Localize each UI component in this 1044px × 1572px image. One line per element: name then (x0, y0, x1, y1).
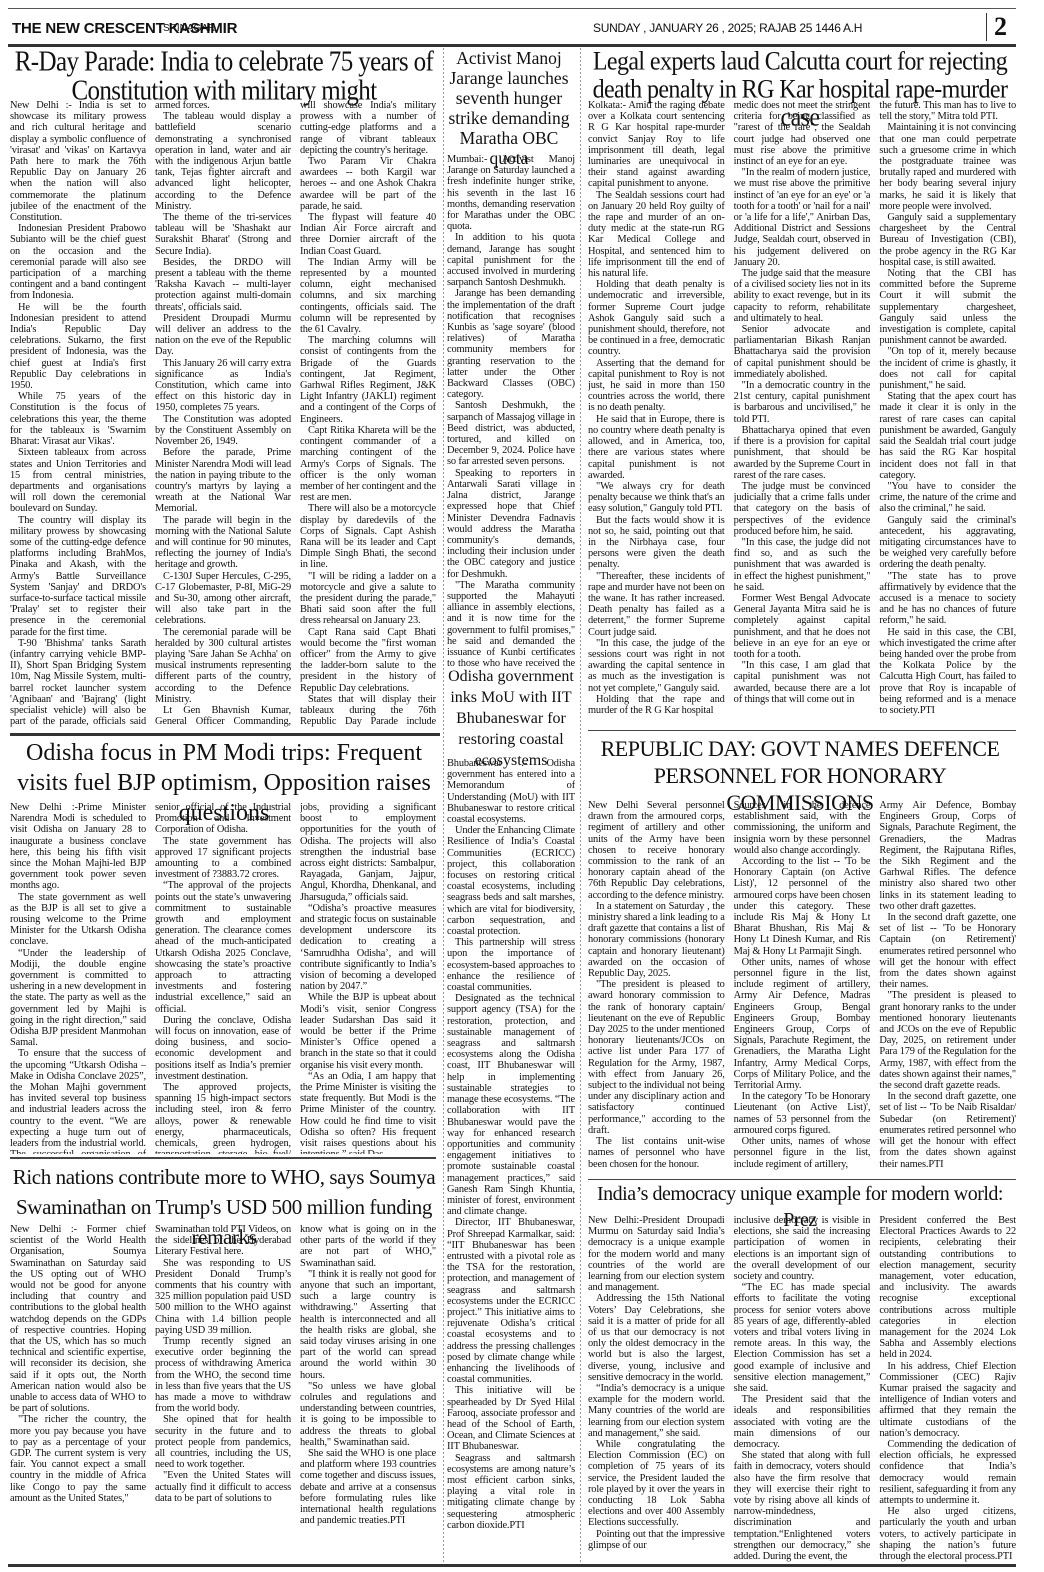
article-paragraph: To ensure that the success of the upcomi… (10, 1048, 146, 1154)
article-paragraph: New Delhi :-Prime Minister Narendra Modi… (10, 802, 146, 892)
article-paragraph: In a statement on Saturday , the ministr… (588, 901, 725, 979)
article-paragraph: “Odisha’s proactive measures and strateg… (300, 903, 436, 993)
section-rule (588, 1179, 1016, 1180)
article-paragraph: Besides, the DRDO will present a tableau… (155, 257, 291, 313)
article-paragraph: "We always cry for death penalty because… (588, 481, 725, 515)
article-paragraph: She opined that for health security in t… (155, 1414, 291, 1470)
article-paragraph: "In this case, the judge of the sessions… (588, 638, 725, 694)
article-paragraph: Kolkata:- Amid the raging debate over a … (588, 100, 725, 190)
article-paragraph: Director, IIT Bhubaneswar, Prof Shreepad… (447, 1217, 575, 1385)
article-paragraph: Asserting that the demand for capital pu… (588, 358, 725, 414)
article-paragraph: medic does not meet the stringent criter… (734, 100, 871, 167)
article-paragraph: There will also be a motorcycle display … (300, 503, 436, 570)
article-column: will showcase India's military prowess w… (300, 100, 436, 728)
article-iit-mou: Bhubaneswar :- Odisha government has ent… (447, 758, 575, 1564)
article-rday-parade: New Delhi :- India is set to showcase it… (10, 100, 436, 728)
article-paragraph: President Droupadi Murmu will deliver an… (155, 313, 291, 358)
article-paragraph: Bhubaneswar :- Odisha government has ent… (447, 758, 575, 825)
article-paragraph: Mumbai:- Activist Manoj Jarange on Satur… (447, 154, 575, 232)
article-column: Mumbai:- Activist Manoj Jarange on Satur… (447, 154, 575, 666)
article-paragraph: But the facts would show it is not so, h… (588, 515, 725, 571)
article-paragraph: Other units, names of whose personnel fi… (734, 957, 871, 1091)
article-paragraph: "In the realm of modern justice, we must… (734, 167, 871, 268)
article-jarange-hunger-strike: Mumbai:- Activist Manoj Jarange on Satur… (447, 154, 575, 666)
article-democracy-example: New Delhi:-President Droupadi Murmu on S… (588, 1215, 1016, 1563)
article-column: New Delhi Several personnel drawn from t… (588, 800, 725, 1176)
article-paragraph: "On top of it, merely because the incide… (879, 346, 1016, 391)
article-paragraph: Ganguly said a supplementary chargesheet… (879, 212, 1016, 268)
article-paragraph: The ceremonial parade will be heralded b… (155, 627, 291, 705)
article-paragraph: C-130J Super Hercules, C-295, C-17 Globe… (155, 571, 291, 627)
article-paragraph: "In this case, I am glad that capital pu… (734, 660, 871, 705)
article-paragraph: Ganguly said the criminal's antecedent, … (879, 515, 1016, 571)
article-paragraph: "So unless we have global colrules and r… (300, 1381, 436, 1448)
article-paragraph: Capt Rana said Capt Bhati would become t… (300, 627, 436, 694)
article-paragraph: Noting that the CBI has committed before… (879, 268, 1016, 346)
article-paragraph: “Under the leadership of Modiji, the dou… (10, 948, 146, 1049)
article-paragraph: Trump recently signed an executive order… (155, 1336, 291, 1414)
article-paragraph: Sources in the defence establishment sai… (734, 800, 871, 856)
masthead: THE NEW CRESCENT KASHMIR SRINAGAR SUNDAY… (8, 8, 1016, 44)
edition-city: SRINAGAR (163, 23, 215, 34)
article-paragraph: He also urged citizens, particularly the… (879, 1506, 1016, 1562)
section-rule (588, 730, 1016, 731)
article-paragraph: Holding that death penalty is undemocrat… (588, 279, 725, 357)
article-paragraph: The tableau would display a battlefield … (155, 111, 291, 212)
article-paragraph: Sixteen tableaux from across states and … (10, 447, 146, 514)
article-who-funding: New Delhi :- Former chief scientist of t… (10, 1224, 436, 1560)
article-paragraph: The theme of the tri-services tableau wi… (155, 212, 291, 257)
article-column: inclusive democracy is visible in electi… (734, 1215, 871, 1563)
article-paragraph: During the conclave, Odisha will focus o… (155, 1015, 291, 1082)
article-column: medic does not meet the stringent criter… (734, 100, 871, 728)
article-paragraph: The Constitution was adopted by the Cons… (155, 414, 291, 448)
article-paragraph: The judge must be convinced judicially t… (734, 481, 871, 537)
article-paragraph: “The EC has made special efforts to faci… (734, 1282, 871, 1394)
article-paragraph: President conferred the Best Electoral P… (879, 1215, 1016, 1361)
article-column: senior official of the Industrial Promot… (155, 802, 291, 1154)
article-paragraph: Swaminathan told PTI Videos, on the side… (155, 1224, 291, 1258)
article-column: Swaminathan told PTI Videos, on the side… (155, 1224, 291, 1560)
article-paragraph: “The approval of the projects points out… (155, 880, 291, 1014)
article-paragraph: In the second draft gazette, one set of … (879, 912, 1016, 990)
article-paragraph: While 75 years of the Constitution is th… (10, 391, 146, 447)
article-paragraph: T-90 'Bhishma' tanks Sarath (infantry ca… (10, 638, 146, 728)
article-paragraph: States that will display their tableaux … (300, 694, 436, 728)
article-paragraph: armed forces. (155, 100, 291, 111)
article-paragraph: inclusive democracy is visible in electi… (734, 1215, 871, 1282)
article-paragraph: Two Param Vir Chakra awardees -- both Ka… (300, 156, 436, 212)
article-column: New Delhi :- India is set to showcase it… (10, 100, 146, 728)
column-divider (443, 48, 444, 1562)
article-paragraph: She stated that along with full faith in… (734, 1450, 871, 1562)
article-column: the future. This man has to live to tell… (879, 100, 1016, 728)
article-paragraph: Santosh Deshmukh, the sarpanch of Massaj… (447, 400, 575, 467)
article-paragraph: "The Maratha community supported the Mah… (447, 580, 575, 666)
article-paragraph: This January 26 will carry extra signifi… (155, 358, 291, 414)
article-paragraph: He said that in Europe, there is no coun… (588, 414, 725, 481)
article-paragraph: Jarange has been demanding the implement… (447, 288, 575, 400)
article-paragraph: "In a democratic country in the 21st cen… (734, 380, 871, 425)
article-paragraph: New Delhi :- Former chief scientist of t… (10, 1224, 146, 1414)
article-paragraph: "Thereafter, these incidents of rape and… (588, 571, 725, 638)
page-number: 2 (994, 12, 1007, 42)
article-paragraph: Pointing out that the impressive glimpse… (588, 1529, 725, 1551)
article-paragraph: “As an Odia, I am happy that the Prime M… (300, 1071, 436, 1154)
article-paragraph: In the category 'To be Honorary Lieutena… (734, 1091, 871, 1136)
article-paragraph: Maintaining it is not convincing that on… (879, 122, 1016, 212)
article-paragraph: She was responding to US President Donal… (155, 1258, 291, 1336)
article-paragraph: According to the list -- 'To be Honorary… (734, 856, 871, 957)
article-defence-honorary-commissions: New Delhi Several personnel drawn from t… (588, 800, 1016, 1176)
article-paragraph: The list contains unit-wise names of per… (588, 1136, 725, 1170)
article-column: New Delhi:-President Droupadi Murmu on S… (588, 1215, 725, 1563)
article-paragraph: “India’s democracy is a unique example f… (588, 1383, 725, 1439)
article-column: Sources in the defence establishment sai… (734, 800, 871, 1176)
article-paragraph: New Delhi:-President Droupadi Murmu on S… (588, 1215, 725, 1293)
article-paragraph: Seagrass and saltmarsh ecosystems are am… (447, 1453, 575, 1531)
article-paragraph: The marching columns will consist of con… (300, 335, 436, 425)
article-paragraph: Indonesian President Prabowo Subianto wi… (10, 223, 146, 301)
article-column: know what is going on in the other parts… (300, 1224, 436, 1560)
article-column: President conferred the Best Electoral P… (879, 1215, 1016, 1563)
article-column: Kolkata:- Amid the raging debate over a … (588, 100, 725, 728)
headline-jarange-hunger-strike: Activist Manoj Jarange launches seventh … (448, 48, 570, 168)
article-paragraph: He said in this case, the CBI, which inv… (879, 627, 1016, 717)
article-paragraph: Bhattacharya opined that even if there i… (734, 425, 871, 481)
article-paragraph: The country will display its military pr… (10, 515, 146, 638)
article-paragraph: Under the Enhancing Climate Resilience o… (447, 825, 575, 937)
article-paragraph: "The richer the country, the more you pa… (10, 1414, 146, 1504)
article-paragraph: senior official of the Industrial Promot… (155, 802, 291, 836)
article-paragraph: the future. This man has to live to tell… (879, 100, 1016, 122)
article-paragraph: The flypast will feature 40 Indian Air F… (300, 212, 436, 257)
article-paragraph: Designated as the technical support agen… (447, 993, 575, 1217)
article-paragraph: The approved projects, spanning 15 high-… (155, 1082, 291, 1154)
article-column: jobs, providing a significant boost to e… (300, 802, 436, 1154)
headline-iit-mou: Odisha government inks MoU with IIT Bhub… (446, 666, 576, 771)
article-paragraph: Former West Bengal Advocate General Jaya… (734, 593, 871, 660)
article-paragraph: The state government has approved 17 sig… (155, 836, 291, 881)
article-paragraph: This initiative will be spearheaded by D… (447, 1385, 575, 1452)
section-rule (10, 1157, 436, 1159)
article-paragraph: The state government as well as the BJP … (10, 892, 146, 948)
article-paragraph: She said the WHO is one place and platfo… (300, 1448, 436, 1526)
article-rg-kar-verdict: Kolkata:- Amid the raging debate over a … (588, 100, 1016, 728)
article-column: New Delhi :- Former chief scientist of t… (10, 1224, 146, 1560)
article-paragraph: Lt Gen Bhavnish Kumar, General Officer C… (155, 705, 291, 728)
article-paragraph: New Delhi Several personnel drawn from t… (588, 800, 725, 901)
article-paragraph: In addition to his quota demand, Jarange… (447, 232, 575, 288)
article-paragraph: Army Air Defence, Bombay Engineers Group… (879, 800, 1016, 912)
article-column: New Delhi :-Prime Minister Narendra Modi… (10, 802, 146, 1154)
article-odisha-pm-visits: New Delhi :-Prime Minister Narendra Modi… (10, 802, 436, 1154)
article-paragraph: Commending the dedication of election of… (879, 1439, 1016, 1506)
masthead-divider (986, 13, 987, 41)
article-paragraph: Other units, names of whose personnel fi… (734, 1136, 871, 1170)
article-paragraph: In the second draft gazette, one set of … (879, 1091, 1016, 1169)
article-paragraph: He will be the fourth Indonesian preside… (10, 302, 146, 392)
article-paragraph: jobs, providing a significant boost to e… (300, 802, 436, 903)
article-column: Bhubaneswar :- Odisha government has ent… (447, 758, 575, 1564)
article-paragraph: Addressing the 15th National Voters’ Day… (588, 1293, 725, 1383)
article-paragraph: know what is going on in the other parts… (300, 1224, 436, 1269)
article-paragraph: Holding that the rape and murder of the … (588, 694, 725, 716)
article-paragraph: "You have to consider the crime, the nat… (879, 481, 1016, 515)
article-paragraph: While the BJP is upbeat about Modi’s vis… (300, 992, 436, 1070)
article-paragraph: "I think it is really not good for anyon… (300, 1269, 436, 1381)
column-divider (580, 48, 581, 1562)
article-paragraph: The judge said that the measure of a civ… (734, 268, 871, 324)
article-paragraph: Before the parade, Prime Minister Narend… (155, 447, 291, 514)
article-body: New Delhi :- India is set to showcase it… (10, 100, 436, 728)
issue-date: SUNDAY , JANUARY 26 , 2025; RAJAB 25 144… (593, 21, 862, 35)
article-paragraph: The parade will begin in the morning wit… (155, 515, 291, 571)
article-paragraph: "The president is pleased to award honor… (588, 979, 725, 1136)
section-rule (10, 733, 440, 736)
article-paragraph: The Indian Army will be represented by a… (300, 257, 436, 335)
headline-rday-parade: R-Day Parade: India to celebrate 75 year… (8, 48, 440, 107)
article-column: armed forces.The tableau would display a… (155, 100, 291, 728)
article-paragraph: The Sealdah sessions court had on Januar… (588, 190, 725, 280)
article-paragraph: In his address, Chief Election Commissio… (879, 1361, 1016, 1439)
article-paragraph: "The president is pleased to grant honor… (879, 990, 1016, 1091)
article-paragraph: "The state has to prove affirmatively by… (879, 571, 1016, 627)
article-column: Army Air Defence, Bombay Engineers Group… (879, 800, 1016, 1176)
article-paragraph: This partnership will stress upon the im… (447, 937, 575, 993)
article-paragraph: The President said that the ideals and r… (734, 1394, 871, 1450)
article-paragraph: "In this case, the judge did not find so… (734, 537, 871, 593)
article-paragraph: Capt Ritika Khareta will be the continge… (300, 425, 436, 503)
page-bottom-rule (8, 1564, 1016, 1567)
article-paragraph: Stating that the apex court has made it … (879, 391, 1016, 481)
article-paragraph: Speaking to reporters in Antarwali Sarat… (447, 468, 575, 580)
article-paragraph: Senior advocate and parliamentarian Bika… (734, 324, 871, 380)
article-paragraph: New Delhi :- India is set to showcase it… (10, 100, 146, 223)
article-paragraph: "Even the United States will actually fi… (155, 1470, 291, 1504)
article-paragraph: will showcase India's military prowess w… (300, 100, 436, 156)
article-paragraph: "I will be riding a ladder on a motorcyc… (300, 571, 436, 627)
article-paragraph: While congratulating the Election Commis… (588, 1439, 725, 1529)
